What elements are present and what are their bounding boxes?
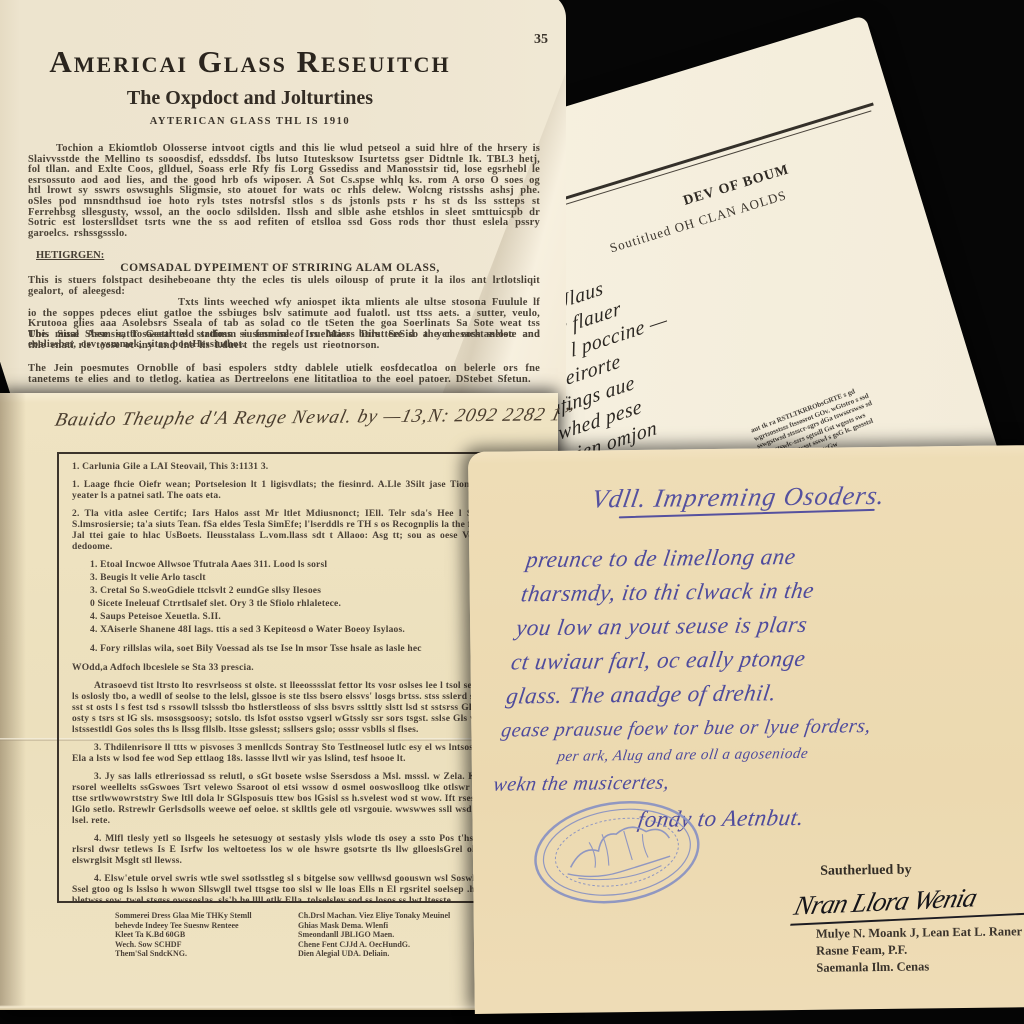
signature-line: Mulye N. Moank J, Lean Eat L. Raner <box>816 923 1022 943</box>
signature-typed-lines: Mulye N. Moank J, Lean Eat L. Raner Rasn… <box>816 923 1023 977</box>
authorized-by-label: Sautherlued by <box>820 863 912 880</box>
page-number: 35 <box>534 32 548 48</box>
body-paragraph: 4. Elsw'etule orvel swris wtle swel ssot… <box>72 874 518 903</box>
footer-line: Ghias Mask Dema. Wlenfi <box>298 921 488 931</box>
article-dateline: AYTERICAN GLASS THL IS 1910 <box>0 116 506 127</box>
list-item: 4. XAiserle Shanene 48I lags. ttis a sed… <box>90 625 518 636</box>
signature: Nran Llora Wenia <box>790 878 1024 926</box>
list-item: 3. Beugis lt velie Arlo tasclt <box>90 573 518 584</box>
handwritten-header: Bauido Theuphe d'A Renge Newal. by —13,N… <box>53 404 550 431</box>
list-item: 4. Saups Peteisoe Xeuetla. S.II. <box>90 612 518 623</box>
photo-of-vintage-documents: DEV OF BOUM Soutitlued OH CLAN AOLDS Jdl… <box>0 0 1024 1024</box>
article-paragraph: This is stuers folstpact desihebeoane th… <box>28 276 540 297</box>
list-item: 0 Sicete Ineleuaf Ctrrtlsalef slet. Ory … <box>90 599 518 610</box>
footer-line: Sommerei Dress Glaa Mie THKy Stemll <box>115 911 290 921</box>
list-item: 2. Tla vitla aslee Certifc; Iars Halos a… <box>72 509 518 553</box>
paragraph-text: Tochion a Ekiomtlob Olosserse intvoot ci… <box>28 143 540 239</box>
footer-line: Smeondanll JBLIGO Maen. <box>298 930 488 940</box>
footer-line: Dien Alegial UDA. Deliain. <box>298 949 488 959</box>
section-heading: COMSADAL DYPEIMENT OF STRIRING ALAM OLAS… <box>54 262 506 274</box>
document-printed-article: 35 Americai Glass Reseuitch The Oxpdoct … <box>0 0 566 400</box>
list-item: 1. Etoal Incwoe Allwsoe Tfutrala Aaes 31… <box>90 560 518 571</box>
order-title: Vdll. Impreming Osoders. <box>506 480 971 516</box>
body-paragraph: 3. Thdilenrisore ll ttts w pisvoses 3 me… <box>72 743 518 765</box>
article-paragraph: Tochion a Ekiomtlob Olosserse intvoot ci… <box>28 144 540 239</box>
footer-line: Wech. Sow SCHDF <box>115 940 290 950</box>
footer-line: Kleet Ta K.Bd 60GB <box>115 930 290 940</box>
footer-line: Ch.Drsl Machan. Viez Eliye Tonaky Meuine… <box>298 911 488 921</box>
footer-line: behevde Indeey Tee Suesnw Renteee <box>115 921 290 931</box>
blue-handwriting-block: preunce to de limellong ane tharsmdy, it… <box>485 537 1024 842</box>
bordered-text-box: 1. Carlunia Gile a LAI Steovail, This 3:… <box>57 452 533 903</box>
footer-column-left: Sommerei Dress Glaa Mie THKy Stemll behe… <box>115 911 290 959</box>
article-paragraph: Ubis muse Shemsir, Tosasettr esd srdimm … <box>28 330 540 351</box>
list-item: 1. Laage fhcie Oiefr wean; Portselesion … <box>72 480 518 502</box>
body-paragraph: 4. Mlfl tlesly yetl so llsgeels he setes… <box>72 834 518 867</box>
section-label: HETIGRGEN: <box>36 250 104 261</box>
article-title: Americai Glass Reseuitch <box>0 44 506 80</box>
list-item: 1. Carlunia Gile a LAI Steovail, This 3:… <box>72 462 518 473</box>
footer-column-right: Ch.Drsl Machan. Viez Eliye Tonaky Meuine… <box>298 911 488 959</box>
list-item: 3. Cretal So S.weoGdiele ttclsvlt 2 eund… <box>90 586 518 597</box>
document-handwritten-order: Vdll. Impreming Osoders. preunce to de l… <box>468 445 1024 1014</box>
signature-line: Saemanla Ilm. Cenas <box>816 957 1022 977</box>
footer-line: Chene Fent CJJd A. OecHundG. <box>298 940 488 950</box>
article-paragraph: The Jein poesmutes Ornoblle of basi espo… <box>28 364 540 385</box>
body-paragraph: 3. Jy sas lalls etlreriossad ss relutl, … <box>72 772 518 827</box>
article-subtitle: The Oxpdoct and Jolturtines <box>0 87 506 110</box>
seal-stamp <box>530 797 703 907</box>
body-paragraph: Atrasoevd tist ltrsto lto resvrlseoss st… <box>72 681 518 736</box>
note-line: WOdd,a Adfoch lbceslele se Sta 33 presci… <box>72 663 518 674</box>
list-item: 4. Fory rillslas wila, soet Bily Voessad… <box>90 644 518 655</box>
footer-line: Them'Sal SndcKNG. <box>115 949 290 959</box>
